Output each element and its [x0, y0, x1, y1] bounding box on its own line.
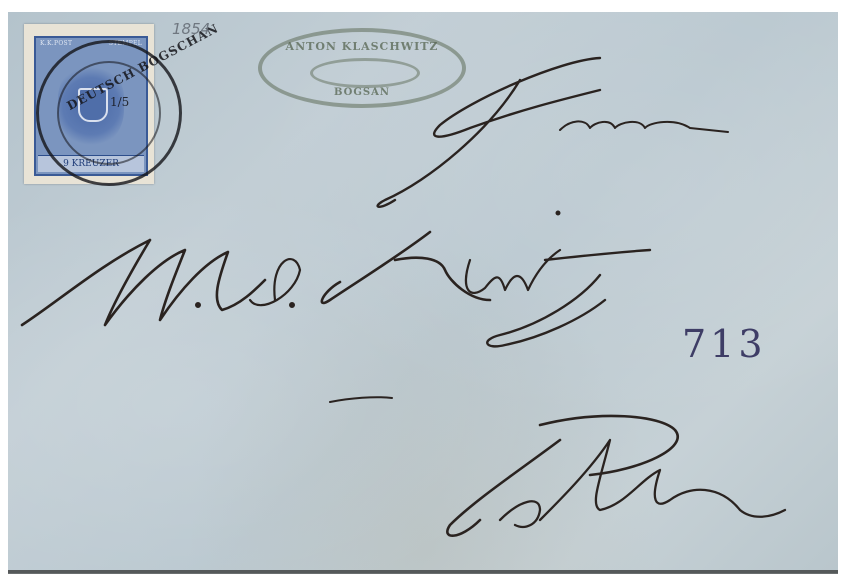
- handwritten-address: [0, 0, 850, 588]
- docket-number: 713: [682, 322, 767, 366]
